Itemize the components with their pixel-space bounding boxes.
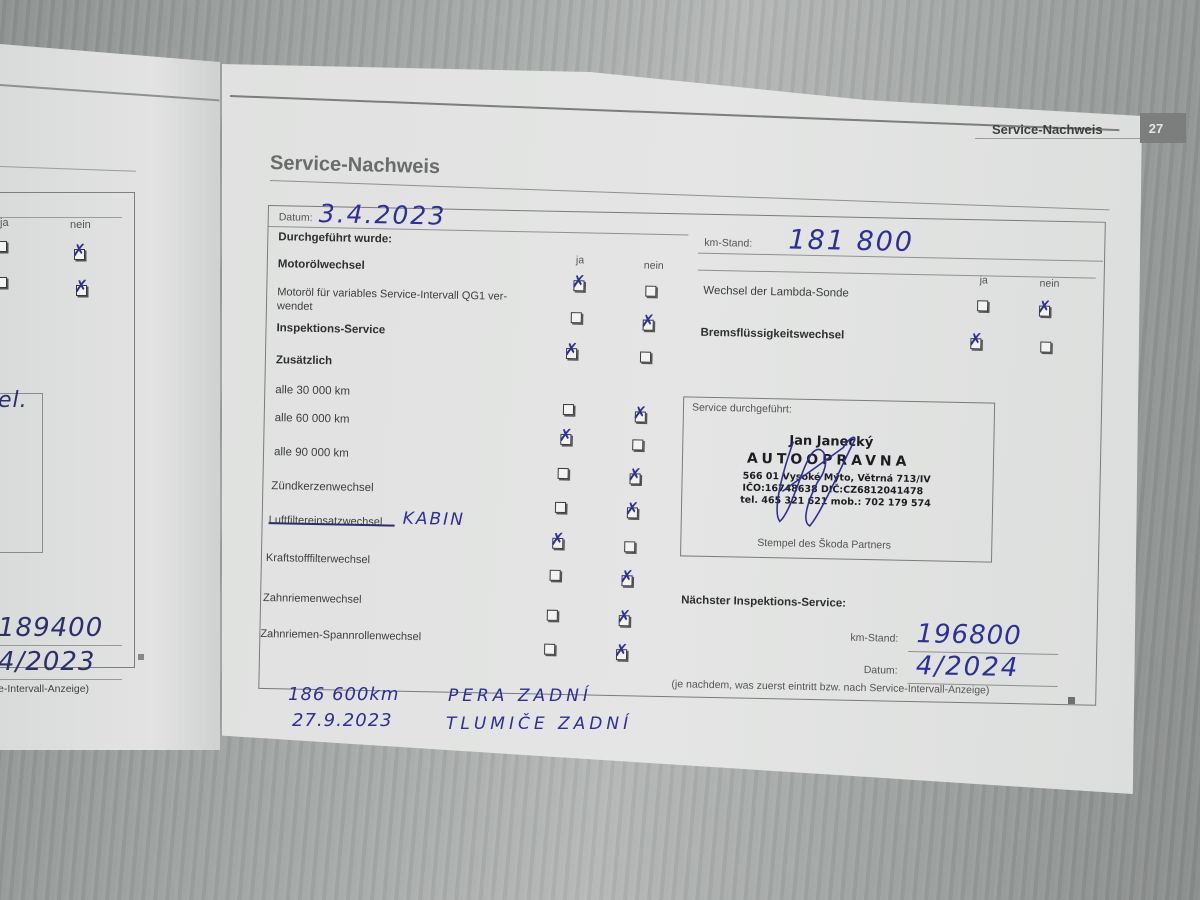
- date-value[interactable]: 3.4.2023: [319, 199, 447, 231]
- next-date-label: Datum:: [864, 664, 898, 677]
- alle-60000-no-checkbox[interactable]: [632, 439, 643, 450]
- luftfilter-note-kabin: KABIN: [403, 509, 466, 530]
- item-motoroel-qg1-cont: wendet: [277, 300, 313, 313]
- motoroel-qg1-yes-checkbox[interactable]: [571, 312, 582, 323]
- motoroelwechsel-no-checkbox[interactable]: [645, 286, 656, 297]
- zuendkerzen-no-checkbox[interactable]: [627, 507, 638, 518]
- next-service-label: Nächster Inspektions-Service:: [681, 594, 846, 609]
- next-date-value[interactable]: 4/2024: [916, 651, 1020, 683]
- stamp-caption: Stempel des Škoda Partners: [757, 537, 891, 552]
- stamp-label: Service durchgeführt:: [692, 402, 792, 416]
- performed-label: Durchgeführt wurde:: [278, 231, 392, 245]
- inspektions-service-yes-checkbox[interactable]: [566, 348, 577, 359]
- zahnriemen-no-checkbox[interactable]: [619, 615, 630, 626]
- left-page: ja nein el. 189400 4/2023 e-Intervall-An…: [0, 44, 220, 750]
- note-date: 27.9.2023: [292, 710, 393, 731]
- page-title: Service-Nachweis: [270, 152, 441, 179]
- spannrolle-yes-checkbox[interactable]: [544, 644, 555, 655]
- left-row1-yes-checkbox[interactable]: [0, 241, 7, 252]
- zuendkerzen-yes-checkbox[interactable]: [555, 502, 566, 513]
- date-label: Datum:: [279, 211, 313, 224]
- left-end-square: [138, 654, 144, 660]
- item-inspektions-service: Inspektions-Service: [276, 322, 385, 336]
- item-zahnriemenwechsel: Zahnriemenwechsel: [263, 592, 362, 606]
- note-tlumice-zadni: TLUMIČE ZADNÍ: [446, 714, 632, 734]
- spannrolle-no-checkbox[interactable]: [616, 649, 627, 660]
- left-row2-no-checkbox[interactable]: [76, 285, 87, 296]
- page-number: 27: [1140, 113, 1186, 143]
- service-record-form: Datum: 3.4.2023 Durchgeführt wurde: km-S…: [258, 205, 1106, 706]
- bremsfluessigkeit-no-checkbox[interactable]: [1040, 342, 1051, 353]
- alle-90000-yes-checkbox[interactable]: [558, 468, 569, 479]
- bremsfluessigkeit-yes-checkbox[interactable]: [970, 338, 981, 349]
- alle-60000-yes-checkbox[interactable]: [560, 434, 571, 445]
- item-alle-90000: alle 90 000 km: [274, 446, 349, 459]
- motoroel-qg1-no-checkbox[interactable]: [643, 320, 654, 331]
- note-pera-zadni: PERA ZADNÍ: [448, 686, 592, 706]
- left-row2-yes-checkbox[interactable]: [0, 277, 7, 288]
- km-label: km-Stand:: [704, 237, 752, 250]
- item-zuendkerzenwechsel: Zündkerzenwechsel: [271, 480, 374, 494]
- alle-90000-no-checkbox[interactable]: [629, 473, 640, 484]
- left-footer-note: e-Intervall-Anzeige): [0, 683, 89, 695]
- col-no-left: nein: [644, 260, 664, 272]
- kraftstofffilter-yes-checkbox[interactable]: [550, 570, 561, 581]
- lambda-sonde-no-checkbox[interactable]: [1039, 305, 1050, 316]
- motoroelwechsel-yes-checkbox[interactable]: [573, 280, 584, 291]
- alle-30000-yes-checkbox[interactable]: [563, 404, 574, 415]
- col-yes-left: ja: [576, 254, 584, 266]
- item-motoroelwechsel: Motorölwechsel: [278, 258, 365, 272]
- left-form-box: ja nein el. 189400 4/2023 e-Intervall-An…: [0, 192, 135, 668]
- item-alle-60000: alle 60 000 km: [275, 412, 350, 425]
- left-col-no: nein: [70, 219, 91, 231]
- left-page-header-rule: [0, 84, 220, 101]
- heading-zusaetzlich: Zusätzlich: [276, 354, 332, 367]
- zahnriemen-yes-checkbox[interactable]: [547, 610, 558, 621]
- left-col-yes: ja: [0, 217, 9, 229]
- dealer-stamp-box: Service durchgeführt: Jan Janecký AUTOOP…: [680, 396, 995, 562]
- right-end-square: [1068, 697, 1075, 704]
- note-km: 186 600km: [288, 684, 399, 705]
- left-row1-no-checkbox[interactable]: [74, 249, 85, 260]
- signature: [752, 421, 864, 533]
- luftfilter-no-checkbox[interactable]: [624, 541, 635, 552]
- item-kraftstofffilter: Kraftstofffilterwechsel: [266, 552, 370, 566]
- item-zahnriemen-spannrolle: Zahnriemen-Spannrollenwechsel: [260, 628, 421, 643]
- col-no-right: nein: [1039, 278, 1059, 290]
- col-yes-right: ja: [980, 274, 988, 286]
- left-stamp-box: el.: [0, 393, 43, 553]
- left-next-date: 4/2023: [0, 647, 95, 677]
- item-luftfilter: Luftfiltereinsatzwechsel: [269, 514, 383, 528]
- luftfilter-yes-checkbox[interactable]: [552, 538, 563, 549]
- next-km-value[interactable]: 196800: [916, 619, 1022, 651]
- kraftstofffilter-no-checkbox[interactable]: [621, 575, 632, 586]
- left-page-title-rule: [0, 166, 136, 172]
- km-value[interactable]: 181 800: [788, 224, 914, 258]
- left-handwritten-fragment: el.: [0, 388, 28, 413]
- inspektions-service-no-checkbox[interactable]: [640, 351, 651, 362]
- next-km-label: km-Stand:: [850, 632, 898, 645]
- item-alle-30000: alle 30 000 km: [275, 384, 350, 397]
- lambda-sonde-yes-checkbox[interactable]: [977, 300, 988, 311]
- item-bremsfluessigkeit: Bremsflüssigkeitswechsel: [700, 327, 844, 342]
- running-header: Service-Nachweis: [992, 122, 1103, 137]
- alle-30000-no-checkbox[interactable]: [635, 411, 646, 422]
- left-next-km: 189400: [0, 613, 103, 643]
- item-lambda-sonde: Wechsel der Lambda-Sonde: [703, 285, 849, 300]
